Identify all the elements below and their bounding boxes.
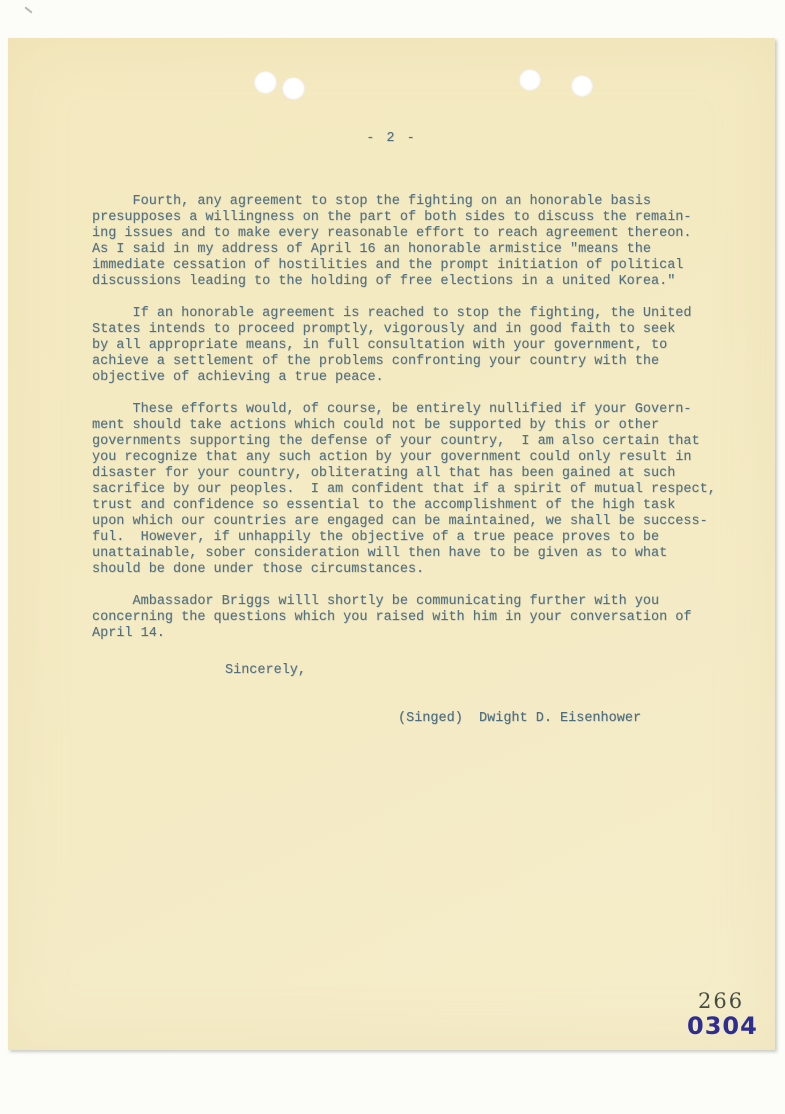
letter-paragraph: If an honorable agreement is reached to …	[92, 306, 752, 386]
scan-artifact-mark	[24, 6, 32, 13]
page-number: - 2 -	[8, 131, 775, 146]
archive-stamp-number: 0304	[687, 1012, 758, 1040]
letter-paragraph: These efforts would, of course, be entir…	[92, 402, 752, 578]
page-stamp-number: 266	[698, 989, 744, 1013]
letter-paragraph: Ambassador Briggs willl shortly be commu…	[92, 594, 752, 642]
signature-line: (Singed) Dwight D. Eisenhower	[398, 711, 641, 726]
letter-body: Fourth, any agreement to stop the fighti…	[92, 194, 752, 658]
document-page: - 2 - Fourth, any agreement to stop the …	[8, 38, 775, 1050]
punch-hole-icon	[254, 71, 277, 94]
closing-salutation: Sincerely,	[225, 663, 306, 678]
punch-hole-icon	[282, 77, 305, 100]
punch-hole-icon	[571, 75, 593, 97]
letter-paragraph: Fourth, any agreement to stop the fighti…	[92, 194, 752, 290]
punch-hole-icon	[519, 69, 541, 91]
